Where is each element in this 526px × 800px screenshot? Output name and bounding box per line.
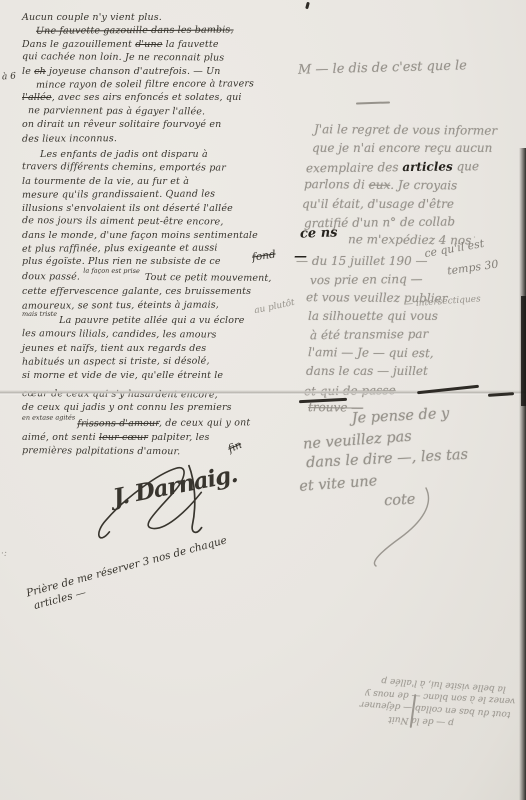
manuscript-line: Les enfants de jadis ont disparu à bbox=[40, 148, 266, 161]
text-segment: ne parviennent pas à égayer l'allée. bbox=[28, 105, 205, 117]
text-segment: en extase agités bbox=[22, 413, 75, 421]
manuscript-line: habitués un aspect si triste, si désolé, bbox=[22, 354, 266, 369]
text-segment: mesure qu'ils grandissaient. Quand les bbox=[22, 189, 215, 201]
text-segment: ch bbox=[34, 66, 46, 77]
text-segment: , de ceux qui y ont bbox=[159, 417, 250, 429]
text-segment: Une fauvette gazouille dans les bambis, bbox=[36, 25, 234, 37]
text-segment: travers différents chemins, emportés par bbox=[22, 162, 226, 174]
right-page-heading: M — le dis de c'est que le bbox=[298, 57, 508, 78]
manuscript-line: dans le cas — juillet bbox=[306, 362, 516, 380]
text-segment: palpiter, les bbox=[148, 432, 210, 443]
text-segment: Les enfants de jadis ont disparu à bbox=[40, 149, 208, 160]
manuscript-line: mais tristeLa pauvre petite allée qui a … bbox=[22, 314, 266, 328]
manuscript-line: exemplaire des articles que bbox=[306, 157, 516, 178]
text-segment: qui cachée non loin. Je ne reconnait plu… bbox=[22, 51, 224, 63]
text-segment: jeunes et naïfs, tient aux regards des bbox=[22, 343, 206, 354]
text-segment: plus égoïste. Plus rien ne subsiste de c… bbox=[22, 256, 221, 267]
text-segment: si morne et vide de vie, qu'elle étreint… bbox=[22, 370, 223, 381]
manuscript-line: doux passé. la façon est prise Tout ce p… bbox=[22, 270, 266, 286]
manuscript-line: Dans le gazouillement d'une la fauvette bbox=[22, 38, 266, 51]
ink-speck bbox=[305, 2, 310, 10]
text-segment: , avec ses airs enfoncés et solates, qui bbox=[52, 92, 242, 103]
manuscript-line: Aucun couple n'y vient plus. bbox=[22, 11, 266, 24]
manuscript-line: jeunes et naïfs, tient aux regards des bbox=[22, 342, 266, 355]
text-segment: dans le monde, d'une façon moins sentime… bbox=[22, 230, 258, 241]
text-segment: J'ai le regret de vous informer bbox=[314, 122, 497, 138]
manuscript-line: illusions s'envolaient ils ont déserté l… bbox=[22, 202, 266, 215]
text-segment: Tout ce petit mouvement, bbox=[142, 272, 272, 284]
text-segment: frissons d'amour bbox=[77, 418, 159, 429]
manuscript-line: la tourmente de la vie, au fur et à bbox=[22, 175, 266, 188]
letter-sheet: Aucun couple n'y vient plus.Une fauvette… bbox=[0, 0, 526, 800]
text-segment: eux bbox=[369, 178, 391, 192]
text-segment: la fauvette bbox=[163, 39, 219, 50]
manuscript-line: que je n'ai encore reçu aucun bbox=[312, 139, 516, 157]
manuscript-line: qu'il était, d'usage d'être bbox=[302, 195, 516, 213]
manuscript-line: et plus raffinée, plus exigeante et auss… bbox=[22, 241, 266, 256]
text-segment: mais triste bbox=[22, 310, 57, 318]
manuscript-line: on dirait un rêveur solitaire fourvoyé e… bbox=[22, 118, 266, 131]
text-segment: la tourmente de la vie, au fur et à bbox=[22, 176, 189, 187]
text-segment: de ceux qui jadis y ont connu les premie… bbox=[22, 402, 232, 413]
text-segment: Dans le gazouillement bbox=[22, 39, 135, 50]
manuscript-line: ne parviennent pas à égayer l'allée. bbox=[28, 104, 266, 119]
manuscript-line: en extase agitésfrissons d'amour, de ceu… bbox=[22, 416, 266, 432]
text-segment: le bbox=[22, 66, 34, 77]
manuscript-line: de nos jours ils aiment peut-être encore… bbox=[22, 214, 266, 229]
manuscript-line: à été transmise par bbox=[310, 324, 516, 345]
manuscript-line: des lieux inconnus. bbox=[22, 131, 266, 146]
manuscript-line: l'ami — Je — qui est, bbox=[308, 343, 516, 363]
manuscript-line: si morne et vide de vie, qu'elle étreint… bbox=[22, 369, 266, 382]
text-segment: illusions s'envolaient ils ont déserté l… bbox=[22, 203, 233, 214]
fold-crease bbox=[0, 390, 526, 395]
text-segment: dans le cas — juillet bbox=[306, 364, 428, 378]
manuscript-line: travers différents chemins, emportés par bbox=[22, 161, 266, 176]
manuscript-line: parlons di eux. Je croyais bbox=[304, 175, 516, 195]
text-segment: leur cœur bbox=[99, 432, 148, 443]
text-segment: exemplaire des bbox=[306, 160, 402, 175]
text-segment: cette effervescence galante, ces bruisse… bbox=[22, 286, 251, 297]
ink-dash: — bbox=[294, 249, 307, 264]
manuscript-line: cette effervescence galante, ces bruisse… bbox=[22, 285, 266, 298]
text-segment: à été transmise par bbox=[310, 327, 428, 342]
text-segment: des lieux inconnus. bbox=[22, 133, 117, 145]
text-segment: — du 15 juillet 190 — bbox=[296, 254, 428, 268]
text-segment: joyeuse chanson d'autrefois. — Un bbox=[46, 66, 221, 77]
rotated-bottom-note: p — de la Nuittout du bas en collab — dé… bbox=[299, 670, 516, 731]
text-segment: l'ami — Je — qui est, bbox=[308, 345, 434, 360]
scan-edge-dark bbox=[521, 296, 526, 406]
text-segment: et plus raffinée, plus exigeante et auss… bbox=[22, 242, 218, 254]
text-segment: la silhouette qui vous bbox=[308, 309, 438, 323]
manuscript-line: dans le monde, d'une façon moins sentime… bbox=[22, 229, 266, 242]
text-segment: la façon est prise bbox=[83, 266, 140, 274]
text-segment: Je pense de y bbox=[351, 406, 449, 427]
text-segment: que bbox=[453, 159, 479, 173]
ink-correction: ce ns bbox=[300, 225, 338, 241]
text-segment: que je n'ai encore reçu aucun bbox=[312, 141, 492, 155]
manuscript-line: mesure qu'ils grandissaient. Quand les bbox=[22, 188, 266, 203]
text-segment: l'allée bbox=[22, 92, 52, 103]
scan-edge-shadow bbox=[519, 148, 526, 800]
text-segment: parlons di bbox=[304, 177, 369, 192]
text-segment: d'une bbox=[135, 39, 162, 50]
edge-mark: ·: bbox=[1, 549, 7, 559]
manuscript-line: amoureux, se sont tus, éteints à jamais, bbox=[22, 298, 266, 313]
text-segment: p — de la Nuit bbox=[388, 714, 454, 727]
manuscript-line: qui cachée non loin. Je ne reconnait plu… bbox=[22, 50, 266, 65]
text-segment: articles bbox=[402, 159, 453, 174]
ink-scribble: fond bbox=[251, 248, 276, 263]
manuscript-line: les amours lilials, candides, les amours bbox=[22, 327, 266, 342]
text-segment: Aucun couple n'y vient plus. bbox=[22, 12, 162, 23]
text-segment: aimé, ont senti bbox=[22, 432, 99, 443]
text-segment: on dirait un rêveur solitaire fourvoyé e… bbox=[22, 119, 221, 130]
manuscript-line: le ch joyeuse chanson d'autrefois. — Un bbox=[22, 65, 266, 78]
manuscript-line: J'ai le regret de vous informer bbox=[314, 120, 516, 140]
text-segment: doux passé. bbox=[22, 271, 83, 282]
text-segment: les amours lilials, candides, les amours bbox=[22, 328, 217, 340]
text-segment: vos prie en cinq — bbox=[310, 272, 423, 287]
text-segment: habitués un aspect si triste, si désolé, bbox=[22, 356, 210, 368]
text-segment: de nos jours ils aiment peut-être encore… bbox=[22, 215, 224, 227]
manuscript-line: plus égoïste. Plus rien ne subsiste de c… bbox=[22, 255, 266, 268]
manuscript-line: mince rayon de soleil filtre encore à tr… bbox=[36, 77, 266, 92]
scrawl-flourish-icon bbox=[330, 478, 450, 568]
text-segment: La pauvre petite allée qui a vu éclore bbox=[59, 315, 244, 326]
manuscript-line: l'allée, avec ses airs enfoncés et solat… bbox=[22, 91, 266, 104]
text-segment: premières palpitations d'amour. bbox=[22, 445, 180, 457]
margin-note: à 6 bbox=[2, 72, 17, 83]
text-segment: . Je croyais bbox=[390, 178, 457, 193]
text-segment: mince rayon de soleil filtre encore à tr… bbox=[36, 78, 254, 90]
text-segment: qu'il était, d'usage d'être bbox=[302, 197, 454, 211]
manuscript-line: la silhouette qui vous bbox=[308, 307, 516, 325]
heading-dash bbox=[356, 101, 390, 104]
manuscript-line: Une fauvette gazouille dans les bambis, bbox=[36, 24, 266, 39]
